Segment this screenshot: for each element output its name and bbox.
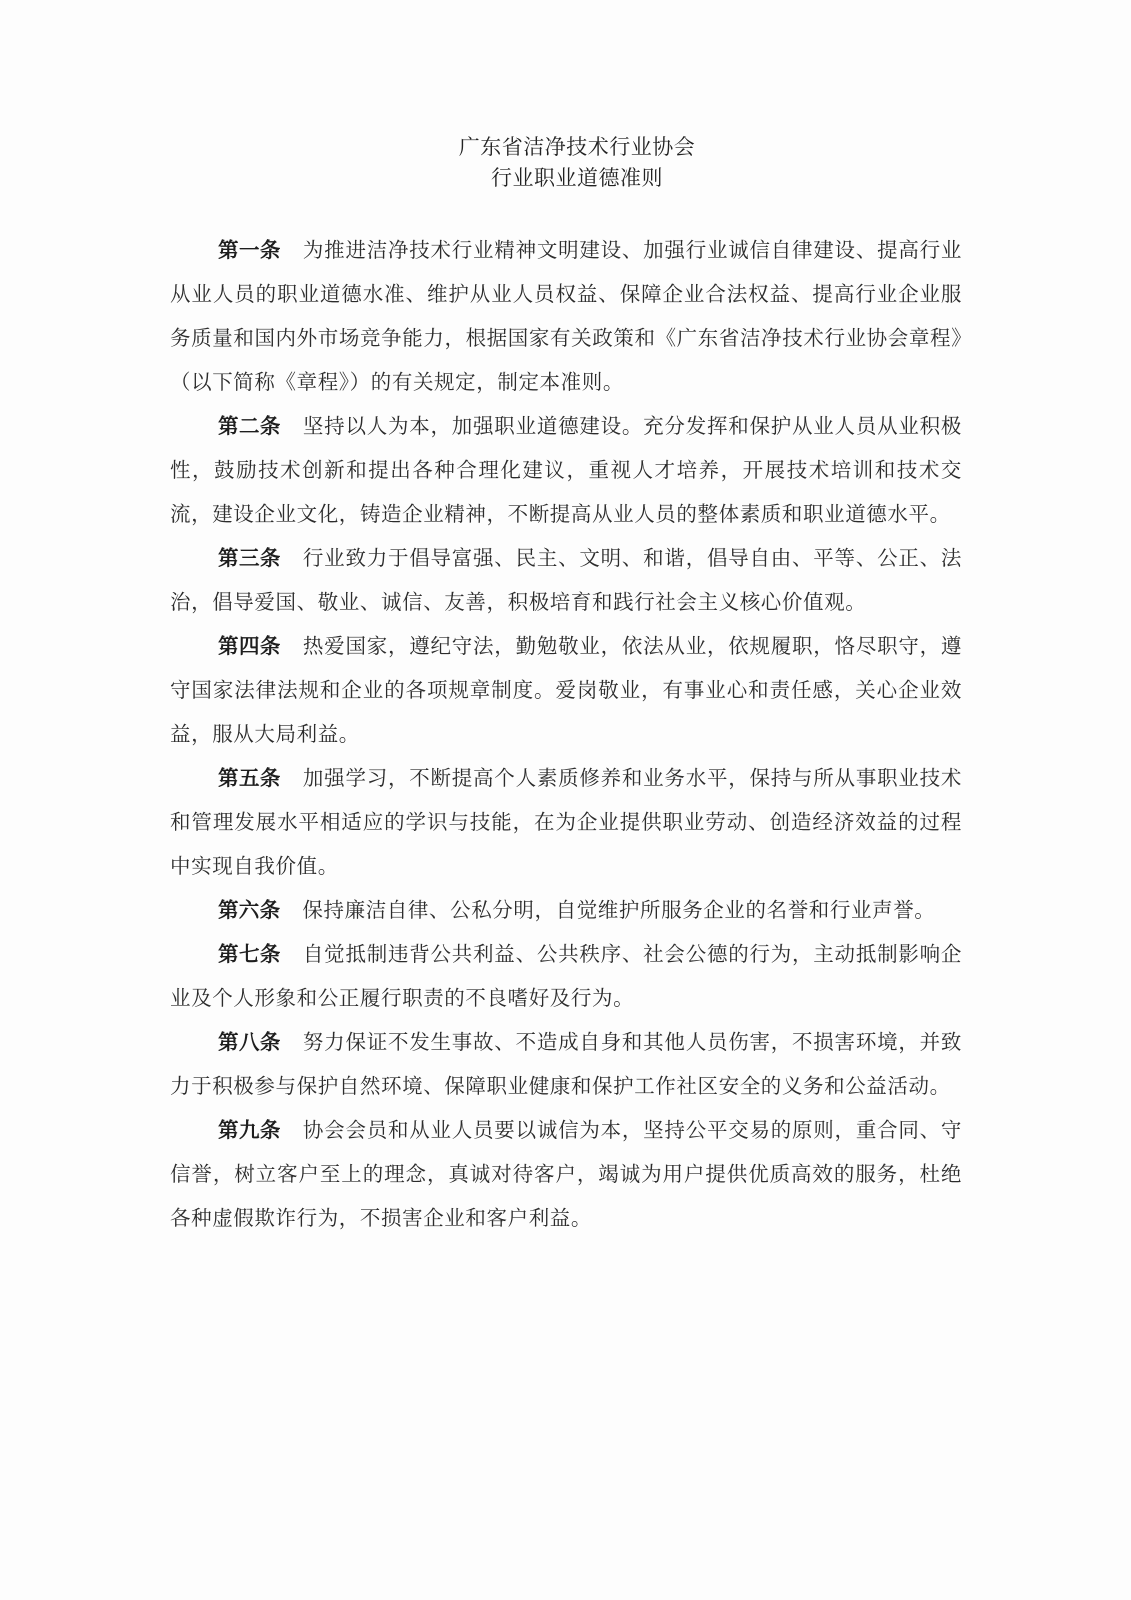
article-text: 协会会员和从业人员要以诚信为本，坚持公平交易的原则，重合同、守信誉，树立客户至上… bbox=[170, 1118, 962, 1230]
article-label: 第五条 bbox=[218, 766, 281, 790]
article-label: 第七条 bbox=[218, 942, 281, 966]
title-subject: 行业职业道德准则 bbox=[192, 163, 962, 194]
article-6: 第六条保持廉洁自律、公私分明，自觉维护所服务企业的名誉和行业声誉。 bbox=[170, 888, 962, 932]
article-text: 加强学习，不断提高个人素质修养和业务水平，保持与所从事职业技术和管理发展水平相适… bbox=[170, 766, 962, 878]
article-8: 第八条努力保证不发生事故、不造成自身和其他人员伤害，不损害环境，并致力于积极参与… bbox=[170, 1020, 962, 1108]
article-7: 第七条自觉抵制违背公共利益、公共秩序、社会公德的行为，主动抵制影响企业及个人形象… bbox=[170, 932, 962, 1020]
document-page: 广东省洁净技术行业协会 行业职业道德准则 第一条为推进洁净技术行业精神文明建设、… bbox=[170, 132, 962, 1240]
article-text: 热爱国家，遵纪守法，勤勉敬业，依法从业，依规履职，恪尽职守，遵守国家法律法规和企… bbox=[170, 634, 962, 746]
article-label: 第八条 bbox=[218, 1030, 281, 1054]
article-1: 第一条为推进洁净技术行业精神文明建设、加强行业诚信自律建设、提高行业从业人员的职… bbox=[170, 228, 962, 404]
article-label: 第四条 bbox=[218, 634, 281, 658]
article-label: 第六条 bbox=[218, 898, 280, 922]
article-3: 第三条行业致力于倡导富强、民主、文明、和谐，倡导自由、平等、公正、法治，倡导爱国… bbox=[170, 536, 962, 624]
article-label: 第二条 bbox=[218, 414, 281, 438]
document-title: 广东省洁净技术行业协会 行业职业道德准则 bbox=[170, 132, 962, 194]
article-label: 第九条 bbox=[218, 1118, 281, 1142]
article-text: 行业致力于倡导富强、民主、文明、和谐，倡导自由、平等、公正、法治，倡导爱国、敬业… bbox=[170, 546, 962, 614]
article-label: 第三条 bbox=[218, 546, 281, 570]
article-4: 第四条热爱国家，遵纪守法，勤勉敬业，依法从业，依规履职，恪尽职守，遵守国家法律法… bbox=[170, 624, 962, 756]
article-2: 第二条坚持以人为本，加强职业道德建设。充分发挥和保护从业人员从业积极性，鼓励技术… bbox=[170, 404, 962, 536]
article-5: 第五条加强学习，不断提高个人素质修养和业务水平，保持与所从事职业技术和管理发展水… bbox=[170, 756, 962, 888]
title-organization: 广东省洁净技术行业协会 bbox=[192, 132, 962, 163]
article-label: 第一条 bbox=[218, 238, 281, 262]
article-9: 第九条协会会员和从业人员要以诚信为本，坚持公平交易的原则，重合同、守信誉，树立客… bbox=[170, 1108, 962, 1240]
article-text: 保持廉洁自律、公私分明，自觉维护所服务企业的名誉和行业声誉。 bbox=[302, 898, 935, 922]
article-text: 努力保证不发生事故、不造成自身和其他人员伤害，不损害环境，并致力于积极参与保护自… bbox=[170, 1030, 962, 1098]
article-text: 坚持以人为本，加强职业道德建设。充分发挥和保护从业人员从业积极性，鼓励技术创新和… bbox=[170, 414, 962, 526]
article-text: 为推进洁净技术行业精神文明建设、加强行业诚信自律建设、提高行业从业人员的职业道德… bbox=[170, 238, 962, 394]
article-text: 自觉抵制违背公共利益、公共秩序、社会公德的行为，主动抵制影响企业及个人形象和公正… bbox=[170, 942, 962, 1010]
